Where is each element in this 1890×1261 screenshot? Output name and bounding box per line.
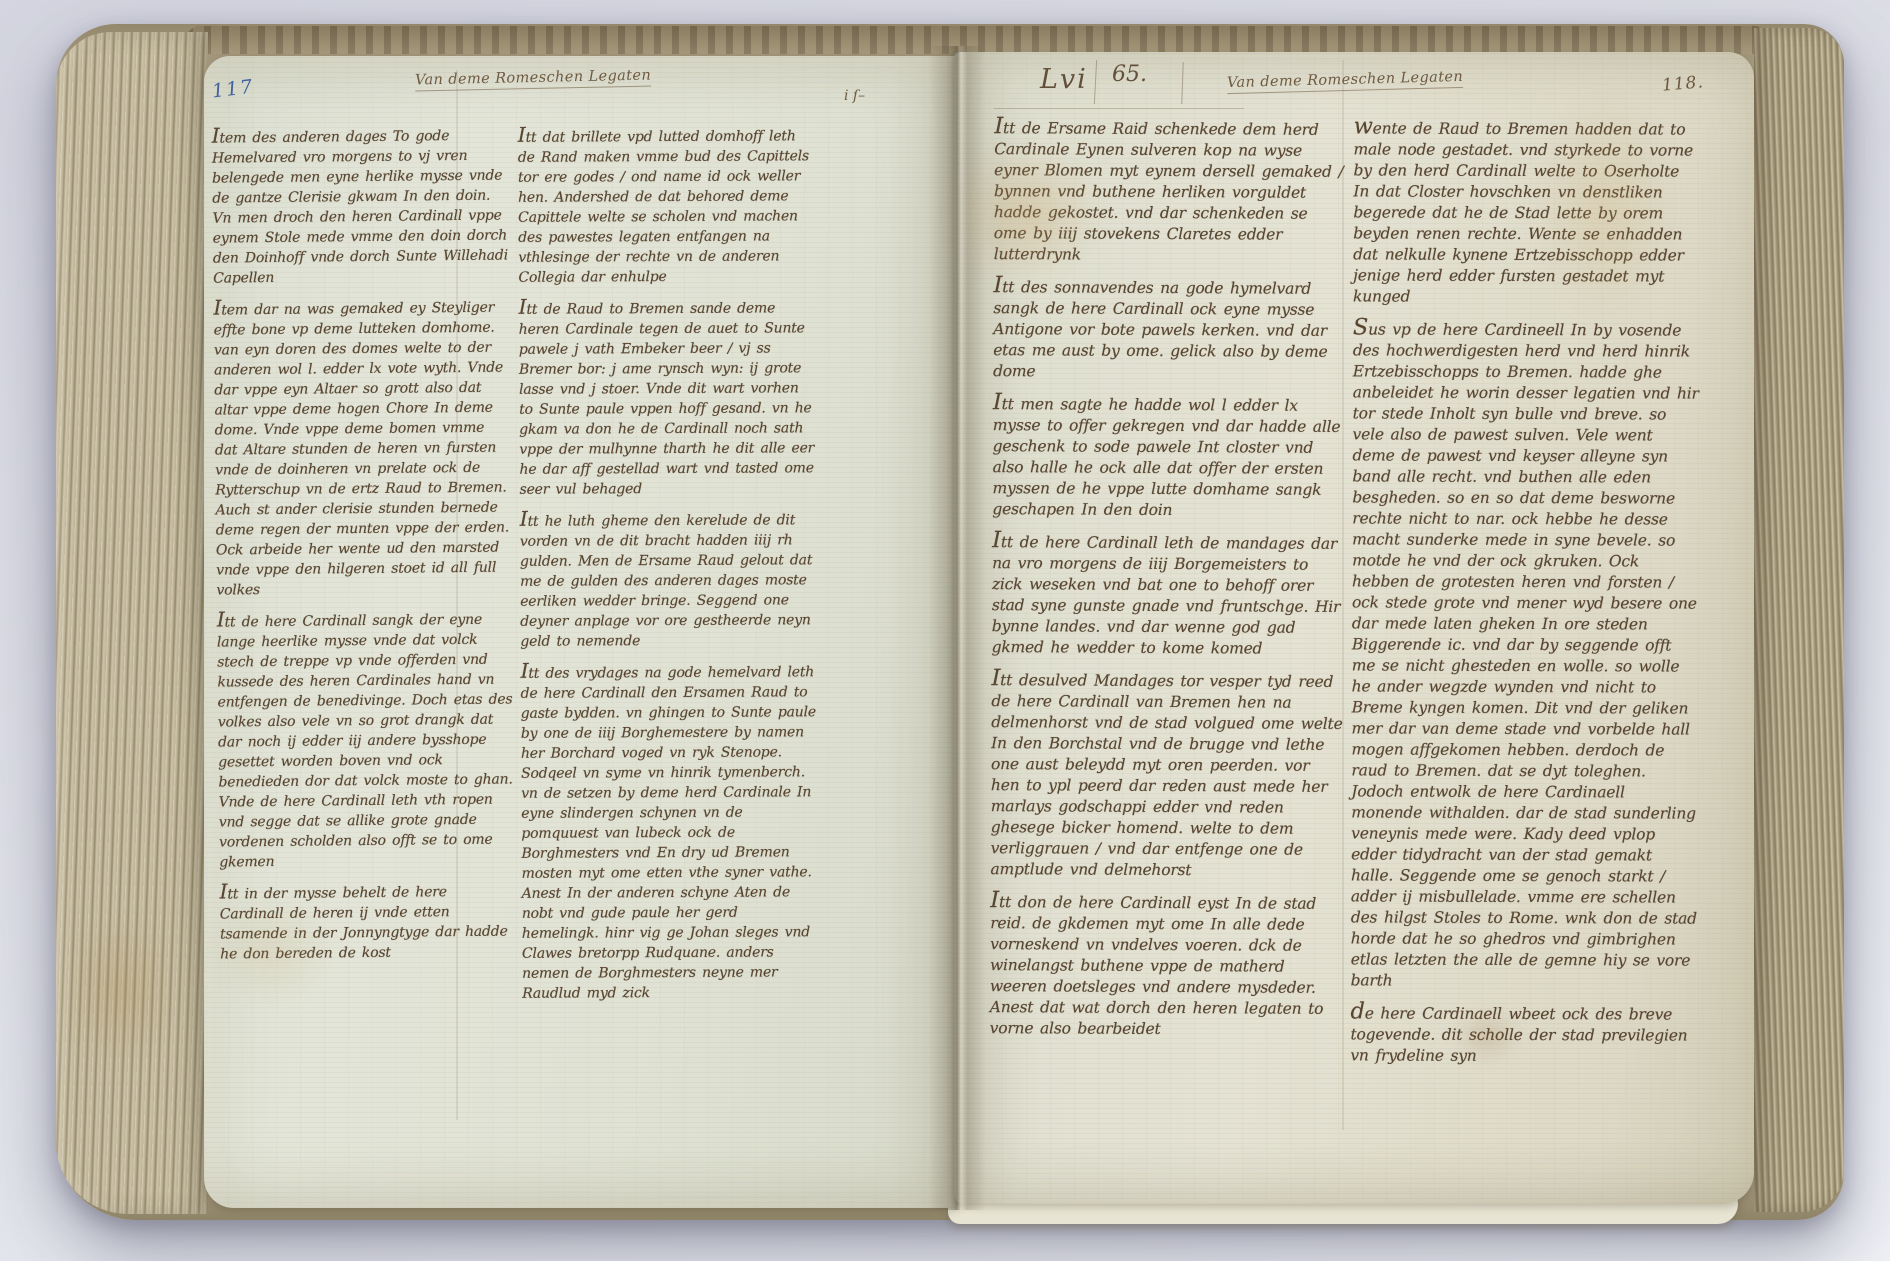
running-header-left: Van deme Romeschen Legaten (415, 68, 652, 92)
manuscript-paragraph: Item des anderen dages To gode Hemelvare… (212, 122, 510, 288)
chapter-number-arabic: 65. (1112, 62, 1147, 87)
manuscript-paragraph: Item dar na was gemaked ey Steyliger eff… (213, 294, 512, 600)
manuscript-paragraph: Itt des sonnavendes na gode hymelvard sa… (993, 274, 1346, 384)
manuscript-paragraph: Itt desulved Mandages tor vesper tyd ree… (990, 667, 1343, 882)
manuscript-paragraph: Itt don de here Cardinall eyst In de sta… (990, 889, 1343, 1041)
manuscript-paragraph: Itt men sagte he hadde wol l edder lx my… (992, 391, 1345, 522)
running-header-right: Van deme Romeschen Legaten (1227, 69, 1464, 94)
page-stack-edge-top (186, 26, 1774, 54)
ruling-tick (1094, 60, 1097, 104)
manuscript-column-1: Item des anderen dages To gode Hemelvare… (212, 122, 517, 973)
manuscript-column-3: Itt de Ersame Raid schenkede dem herd Ca… (990, 115, 1347, 1050)
right-page: Lvi 65. Van deme Romeschen Legaten 118. … (954, 52, 1754, 1204)
manuscript-paragraph: Itt de Raud to Bremen sande deme heren C… (519, 295, 818, 500)
folio-number-left: 117 (211, 76, 256, 103)
manuscript-paragraph: wente de Raud to Bremen hadden dat to ma… (1353, 115, 1702, 308)
manuscript-paragraph: Itt de here Cardinall leth de mandages d… (992, 529, 1345, 660)
manuscript-paragraph: Itt dat brillete vpd lutted domhoff leth… (518, 123, 817, 288)
open-book: 117 Van deme Romeschen Legaten i ſ– Item… (56, 24, 1844, 1220)
manuscript-column-4: wente de Raud to Bremen hadden dat to ma… (1350, 115, 1701, 1076)
manuscript-paragraph: Itt des vrydages na gode hemelvard leth … (520, 659, 820, 1004)
page-stack-edge-left (56, 32, 208, 1214)
left-page: 117 Van deme Romeschen Legaten i ſ– Item… (204, 56, 960, 1208)
folio-number-right: 118. (1661, 72, 1704, 96)
photo-backdrop: 117 Van deme Romeschen Legaten i ſ– Item… (0, 0, 1890, 1261)
manuscript-paragraph: Itt de Ersame Raid schenkede dem herd Ca… (994, 115, 1347, 267)
manuscript-column-2: Itt dat brillete vpd lutted domhoff leth… (518, 123, 821, 1013)
manuscript-paragraph: Itt he luth gheme den kerelude de dit vo… (520, 507, 819, 652)
chapter-number-roman: Lvi (1040, 64, 1088, 95)
manuscript-paragraph: Itt de here Cardinall sangk der eyne lan… (217, 606, 516, 872)
ruling-line (994, 108, 1244, 109)
quire-mark: i ſ– (844, 88, 865, 104)
page-stack-edge-right (1754, 28, 1844, 1212)
manuscript-paragraph: Sus vp de here Cardineell In by vosende … (1351, 316, 1701, 992)
manuscript-paragraph: Itt in der mysse behelt de here Cardinal… (219, 878, 516, 964)
manuscript-paragraph: de here Cardinaell wbeet ock des breve t… (1350, 1000, 1698, 1067)
ruling-tick (1181, 62, 1183, 104)
